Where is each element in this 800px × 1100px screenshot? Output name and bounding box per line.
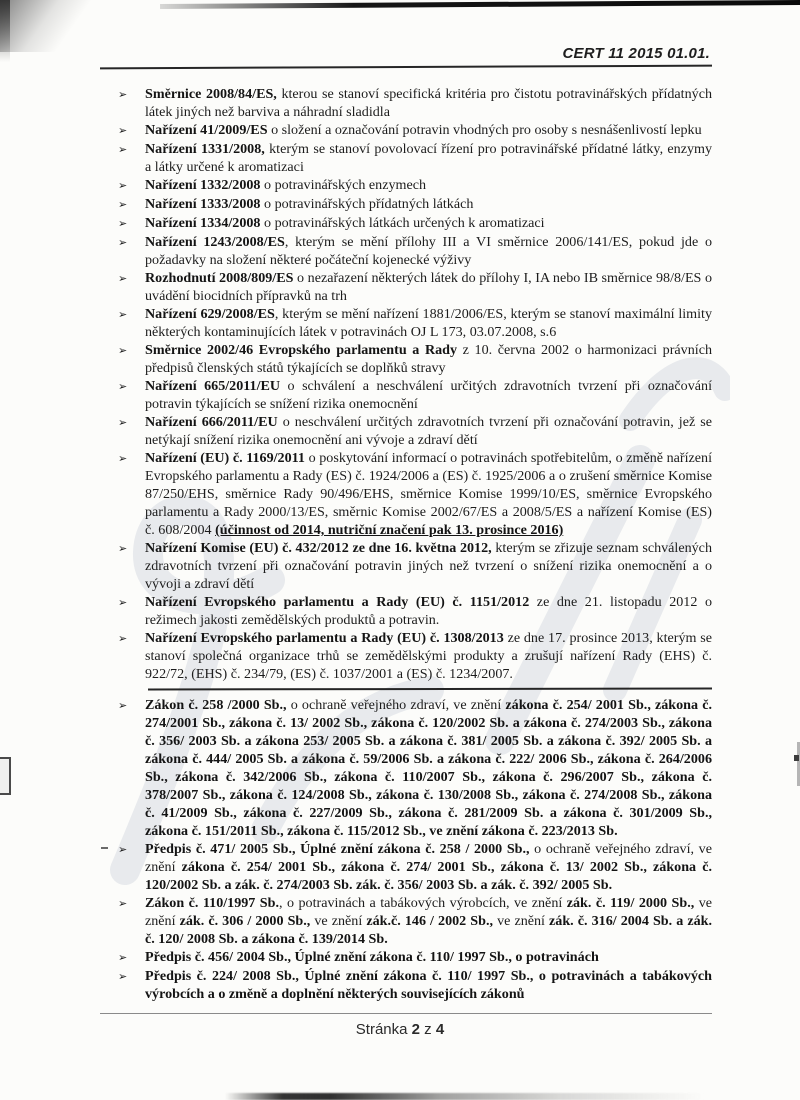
arrow-bullet-icon: ➢ [118,967,145,986]
list-item: ➢Předpis č. 471/ 2005 Sb., Úplné znění z… [118,840,712,894]
binder-punch-mark [0,757,11,795]
arrow-bullet-icon: ➢ [118,140,145,159]
scan-dash-artifact [101,847,108,849]
page-footer-separator: z [420,1021,436,1038]
list-item: ➢Předpis č. 224/ 2008 Sb., Úplné znění z… [118,967,712,1003]
item-text: Rozhodnutí 2008/809/ES o nezařazení někt… [145,269,712,305]
list-item: ➢Směrnice 2008/84/ES, kterou se stanoví … [118,85,712,121]
list-item: ➢Nařízení Komise (EU) č. 432/2012 ze dne… [118,539,712,593]
arrow-bullet-icon: ➢ [118,539,145,558]
arrow-bullet-icon: ➢ [118,341,145,360]
footer-rule [100,1013,712,1014]
arrow-bullet-icon: ➢ [118,305,145,324]
page-footer: Stránka 2 z 4 [0,1021,800,1038]
arrow-bullet-icon: ➢ [118,629,145,648]
section-divider [148,688,712,691]
item-text: Nařízení 41/2009/ES o složení a označová… [145,121,712,139]
regulation-list-eu: ➢Směrnice 2008/84/ES, kterou se stanoví … [118,85,712,683]
scanned-document-page: CERT 11 2015 01.01. ➢Směrnice 2008/84/ES… [0,0,800,1100]
list-item: ➢Nařízení 1332/2008 o potravinářských en… [118,176,712,195]
item-text: Nařízení Evropského parlamentu a Rady (E… [145,593,712,629]
item-text: Nařízení 629/2008/ES, kterým se mění nař… [145,305,712,341]
arrow-bullet-icon: ➢ [118,449,145,468]
arrow-bullet-icon: ➢ [118,377,145,396]
page-number: 2 [412,1021,420,1038]
item-text: Nařízení 1331/2008, kterým se stanoví po… [145,140,712,176]
item-text: Nařízení 1334/2008 o potravinářských lát… [145,214,712,232]
arrow-bullet-icon: ➢ [118,233,145,252]
arrow-bullet-icon: ➢ [118,214,145,233]
arrow-bullet-icon: ➢ [118,413,145,432]
item-text: Předpis č. 471/ 2005 Sb., Úplné znění zá… [145,840,712,894]
item-text: Nařízení 1332/2008 o potravinářských enz… [145,176,712,194]
list-item: ➢Nařízení 629/2008/ES, kterým se mění na… [118,305,712,341]
list-item: ➢Nařízení 1334/2008 o potravinářských lá… [118,214,712,233]
arrow-bullet-icon: ➢ [118,176,145,195]
document-code: CERT 11 2015 01.01. [562,45,710,62]
item-text: Předpis č. 224/ 2008 Sb., Úplné znění zá… [145,967,712,1003]
regulation-list-cz: ➢Zákon č. 258 /2000 Sb., o ochraně veřej… [118,696,712,1003]
item-text: Nařízení 1243/2008/ES, kterým se mění př… [145,233,712,269]
list-item: ➢Nařízení 1333/2008 o potravinářských př… [118,195,712,214]
scan-bottom-streak [225,1093,705,1100]
item-text: Nařízení 1333/2008 o potravinářských pří… [145,195,712,213]
list-item: ➢Nařízení 1331/2008, kterým se stanoví p… [118,140,712,176]
list-item: ➢Nařízení Evropského parlamentu a Rady (… [118,593,712,629]
list-item: ➢Nařízení Evropského parlamentu a Rady (… [118,629,712,683]
list-item: ➢Nařízení 1243/2008/ES, kterým se mění p… [118,233,712,269]
arrow-bullet-icon: ➢ [118,593,145,612]
item-text: Předpis č. 456/ 2004 Sb., Úplné znění zá… [145,948,712,966]
item-text: Nařízení Evropského parlamentu a Rady (E… [145,629,712,683]
arrow-bullet-icon: ➢ [118,85,145,104]
scan-left-edge [0,0,10,62]
page-total: 4 [436,1021,444,1038]
list-item: ➢Nařízení 666/2011/EU o neschválení urči… [118,413,712,449]
arrow-bullet-icon: ➢ [118,696,145,715]
scan-top-edge [160,0,800,9]
item-text: Nařízení 666/2011/EU o neschválení určit… [145,413,712,449]
header-rule [100,65,712,70]
arrow-bullet-icon: ➢ [118,894,145,913]
arrow-bullet-icon: ➢ [118,840,145,859]
arrow-bullet-icon: ➢ [118,269,145,288]
item-text: Směrnice 2002/46 Evropského parlamentu a… [145,341,712,377]
list-item: ➢Nařízení 665/2011/EU o schválení a nesc… [118,377,712,413]
list-item: ➢Zákon č. 258 /2000 Sb., o ochraně veřej… [118,696,712,840]
item-text: Zákon č. 110/1997 Sb., o potravinách a t… [145,894,712,948]
arrow-bullet-icon: ➢ [118,195,145,214]
item-text: Směrnice 2008/84/ES, kterou se stanoví s… [145,85,712,121]
list-item: ➢Předpis č. 456/ 2004 Sb., Úplné znění z… [118,948,712,967]
item-text: Nařízení (EU) č. 1169/2011 o poskytování… [145,449,712,539]
page-footer-label: Stránka [356,1021,412,1038]
scan-right-edge-dot [794,755,799,761]
list-item: ➢Zákon č. 110/1997 Sb., o potravinách a … [118,894,712,948]
scan-corner-shadow [0,0,95,52]
item-text: Nařízení Komise (EU) č. 432/2012 ze dne … [145,539,712,593]
document-body: ➢Směrnice 2008/84/ES, kterou se stanoví … [118,85,712,1003]
list-item: ➢Rozhodnutí 2008/809/ES o nezařazení něk… [118,269,712,305]
item-text: Nařízení 665/2011/EU o schválení a nesch… [145,377,712,413]
arrow-bullet-icon: ➢ [118,948,145,967]
item-text: Zákon č. 258 /2000 Sb., o ochraně veřejn… [145,696,712,840]
list-item: ➢Nařízení (EU) č. 1169/2011 o poskytován… [118,449,712,539]
list-item: ➢Směrnice 2002/46 Evropského parlamentu … [118,341,712,377]
arrow-bullet-icon: ➢ [118,121,145,140]
list-item: ➢Nařízení 41/2009/ES o složení a označov… [118,121,712,140]
